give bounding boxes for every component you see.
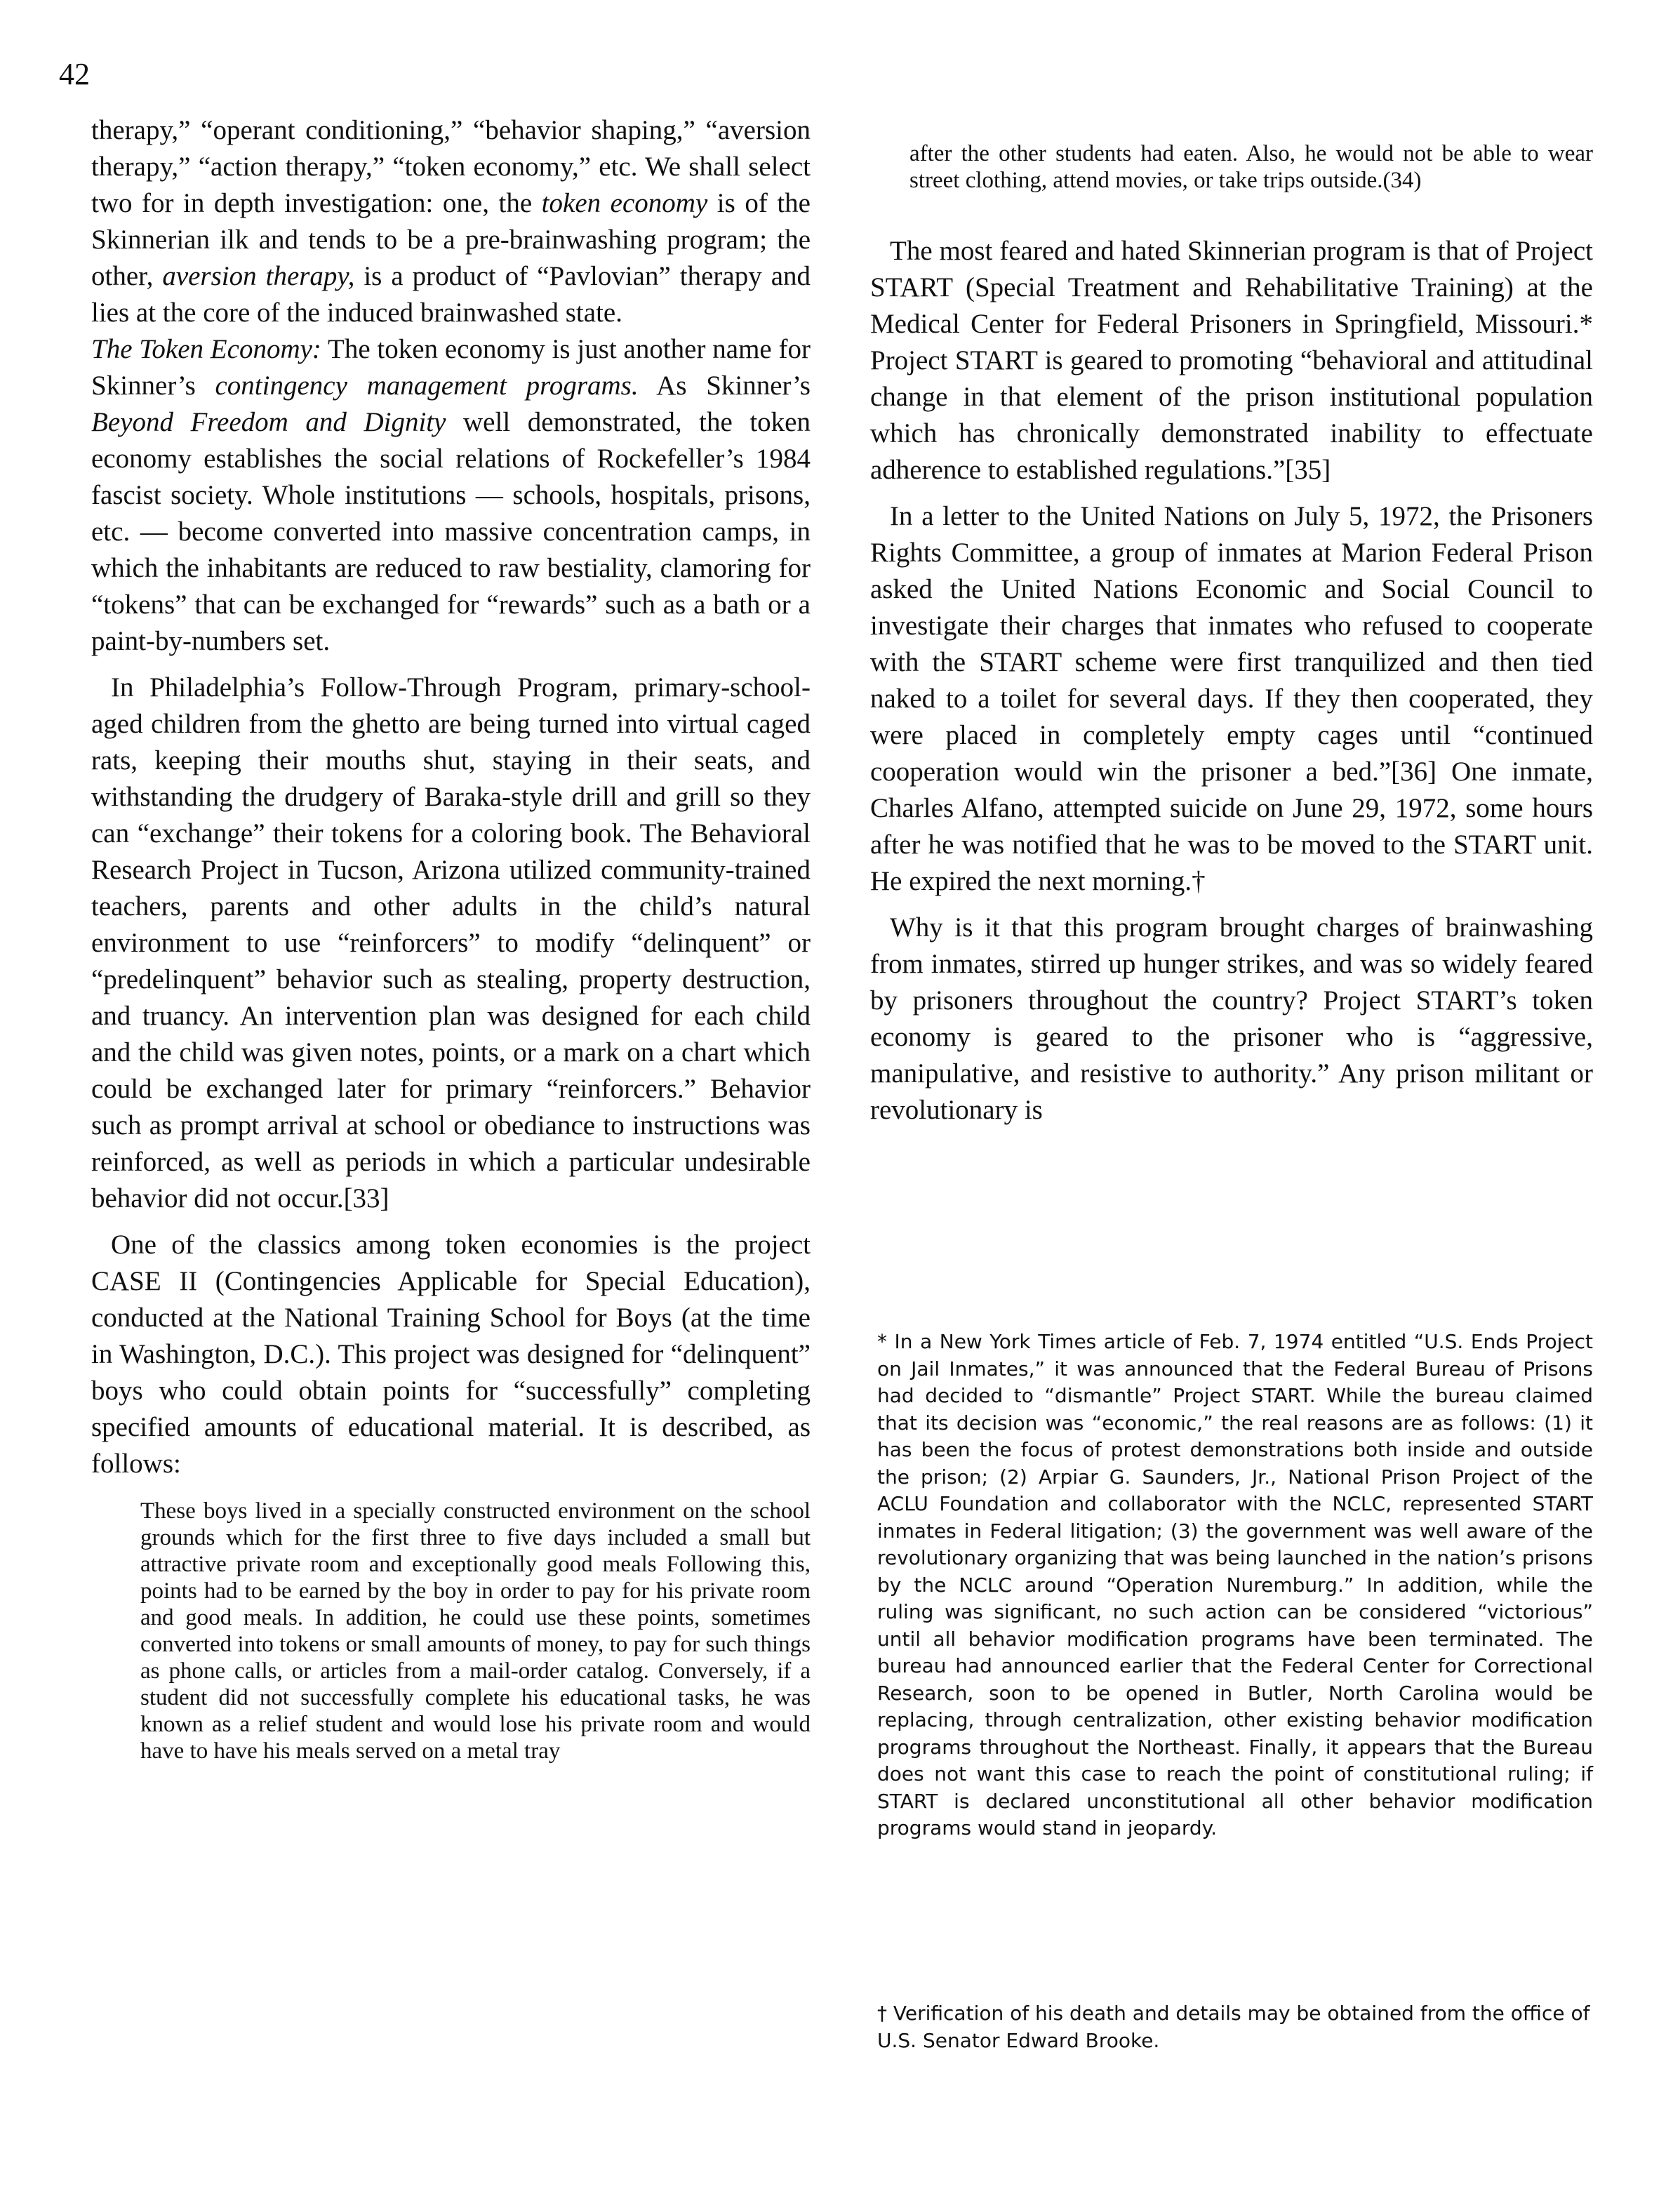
emphasis-contingency: contingency management programs. — [215, 371, 639, 401]
paragraph-therapy-types: therapy,” “operant conditioning,” “behav… — [91, 112, 811, 331]
section-heading-token-economy: The Token Economy: — [91, 334, 321, 364]
left-column: therapy,” “operant conditioning,” “behav… — [91, 112, 811, 1764]
paragraph-un-letter: In a letter to the United Nations on Jul… — [870, 498, 1593, 900]
paragraph-philadelphia: In Philadelphia’s Follow-Through Program… — [91, 670, 811, 1217]
text-run: As Skinner’s — [639, 371, 811, 401]
emphasis-token-economy: token economy — [542, 188, 708, 218]
paragraph-why-program: Why is it that this program brought char… — [870, 910, 1593, 1129]
book-title: Beyond Freedom and Dignity — [91, 407, 446, 437]
footnote-asterisk: * In a New York Times article of Feb. 7,… — [877, 1329, 1593, 1842]
block-quote-continued: after the other students had eaten. Also… — [909, 140, 1593, 194]
block-quote: These boys lived in a specially construc… — [140, 1498, 811, 1764]
text-run: well demonstrated, the token economy est… — [91, 407, 811, 656]
page-number: 42 — [59, 56, 90, 92]
emphasis-aversion-therapy: aversion therapy, — [162, 261, 354, 291]
footnote-dagger: † Verification of his death and details … — [877, 2000, 1593, 2054]
paragraph-project-start: The most feared and hated Skinnerian pro… — [870, 233, 1593, 488]
paragraph-case-ii: One of the classics among token economie… — [91, 1227, 811, 1482]
right-column: after the other students had eaten. Also… — [870, 140, 1593, 1129]
paragraph-token-economy: The Token Economy: The token economy is … — [91, 331, 811, 660]
